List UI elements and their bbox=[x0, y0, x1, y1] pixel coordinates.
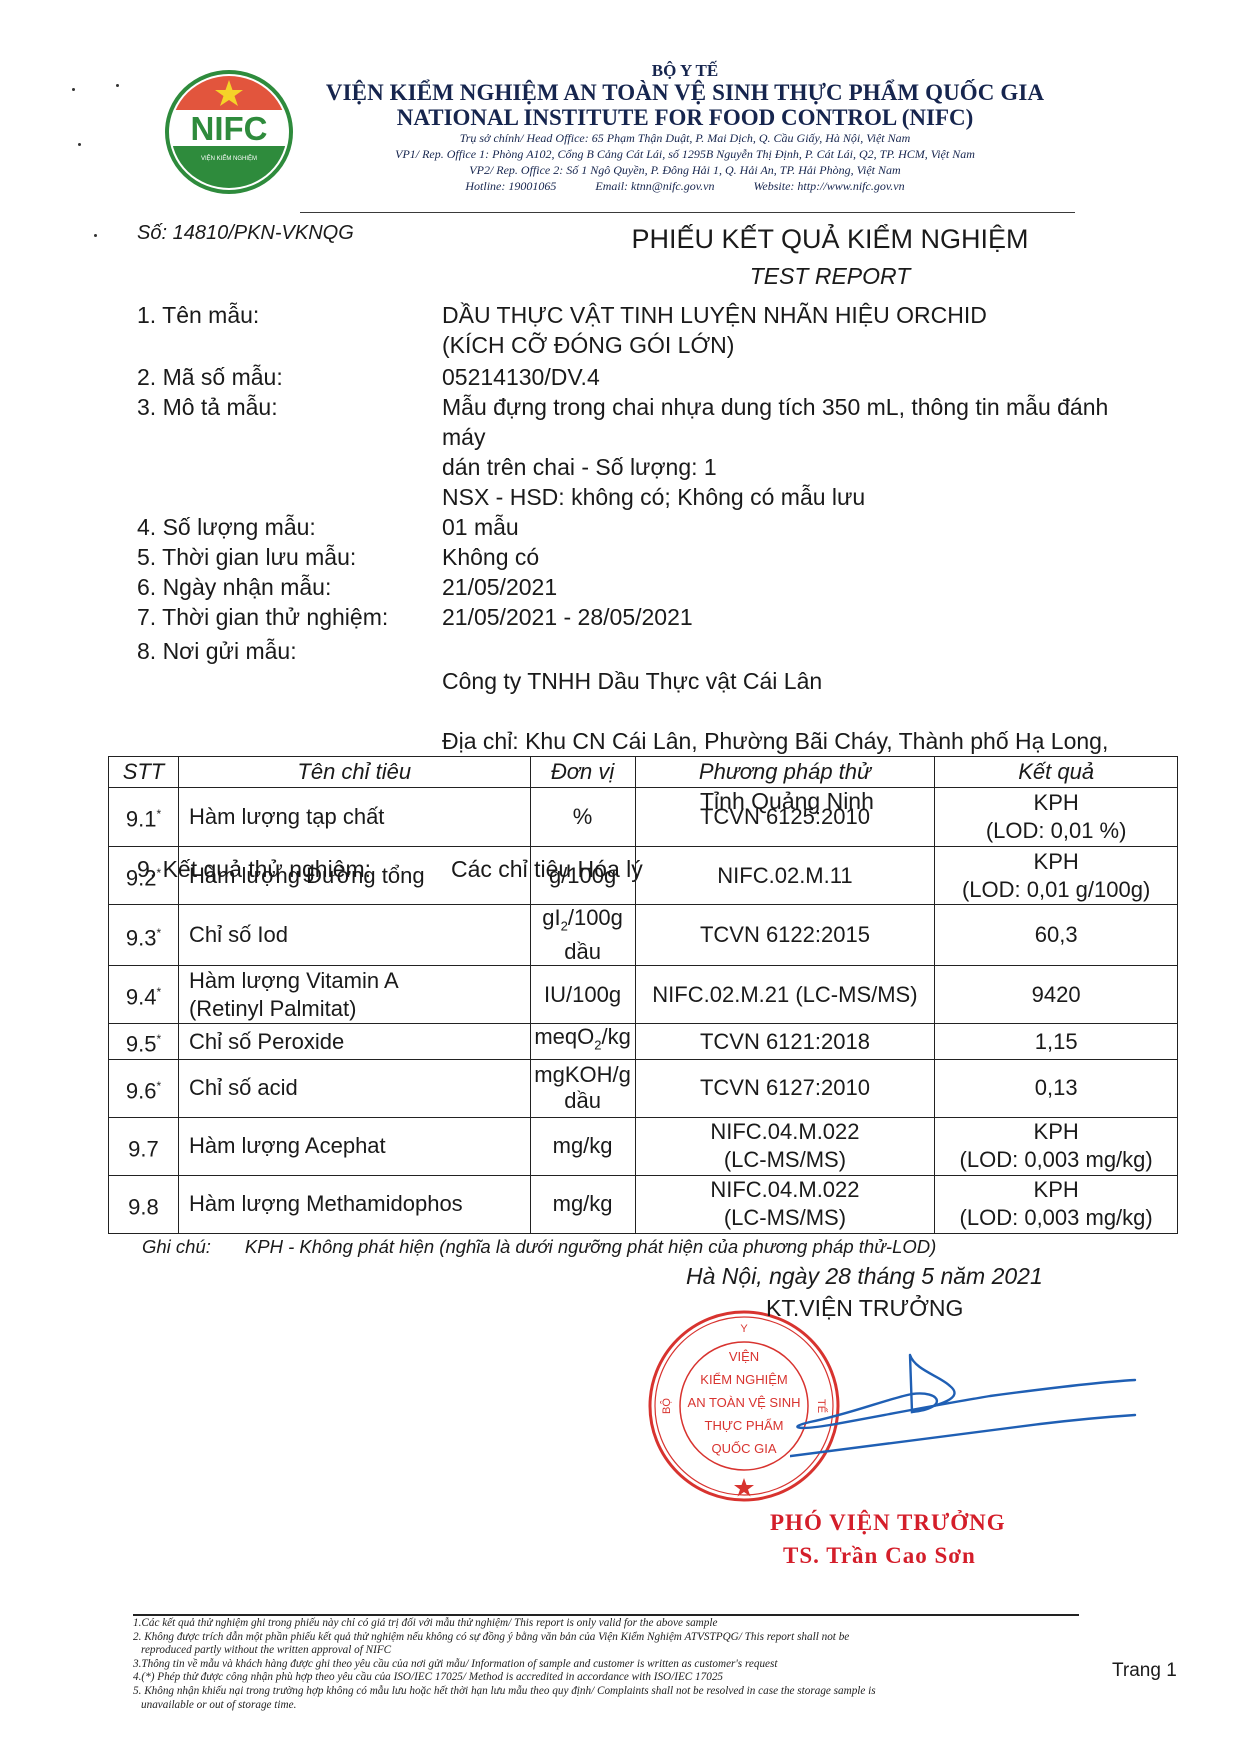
info-label: 4. Số lượng mẫu: bbox=[137, 512, 442, 542]
report-title: PHIẾU KẾT QUẢ KIỂM NGHIỆM bbox=[560, 224, 1100, 255]
info-label: 2. Mã số mẫu: bbox=[137, 362, 442, 392]
info-row-sample-code: 2. Mã số mẫu: 05214130/DV.4 bbox=[137, 362, 1137, 392]
col-header-result: Kết quả bbox=[935, 757, 1178, 788]
cell-unit: g/100g bbox=[530, 847, 635, 905]
info-row-sample-desc: 3. Mô tả mẫu: Mẫu đựng trong chai nhựa d… bbox=[137, 392, 1137, 512]
info-label: 3. Mô tả mẫu: bbox=[137, 392, 442, 512]
table-note: Ghi chú:KPH - Không phát hiện (nghĩa là … bbox=[142, 1236, 936, 1258]
footnote: 5. Không nhận khiếu nại trong trường hợp… bbox=[133, 1685, 1083, 1699]
nifc-logo: NIFC VIỆN KIỂM NGHIỆM bbox=[163, 66, 295, 198]
website: Website: http://www.nifc.gov.vn bbox=[754, 179, 905, 193]
cell-method: TCVN 6121:2018 bbox=[635, 1024, 935, 1059]
cell-result: KPH(LOD: 0,003 mg/kg) bbox=[935, 1175, 1178, 1233]
table-row: 9.3* Chỉ số Iod gI2/100gdầu TCVN 6122:20… bbox=[109, 905, 1178, 966]
table-row: 9.7 Hàm lượng Acephat mg/kg NIFC.04.M.02… bbox=[109, 1117, 1178, 1175]
scan-speck bbox=[72, 88, 75, 91]
results-table: STT Tên chỉ tiêu Đơn vị Phương pháp thử … bbox=[108, 756, 1178, 1234]
table-row: 9.8 Hàm lượng Methamidophos mg/kg NIFC.0… bbox=[109, 1175, 1178, 1233]
info-value: 05214130/DV.4 bbox=[442, 362, 1137, 392]
cell-result: 60,3 bbox=[935, 905, 1178, 966]
table-row: 9.1* Hàm lượng tạp chất % TCVN 6125:2010… bbox=[109, 788, 1178, 847]
ministry-name: BỘ Y TẾ bbox=[300, 62, 1070, 80]
info-row-sample-qty: 4. Số lượng mẫu: 01 mẫu bbox=[137, 512, 1137, 542]
cell-unit: mg/kg bbox=[530, 1117, 635, 1175]
on-behalf-of: KT.VIỆN TRƯỞNG bbox=[766, 1295, 963, 1322]
cell-result: KPH(LOD: 0,01 g/100g) bbox=[935, 847, 1178, 905]
signatory-role: PHÓ VIỆN TRƯỞNG bbox=[770, 1510, 1006, 1536]
cell-stt: 9.5* bbox=[109, 1024, 179, 1059]
sender-address: Địa chỉ: Khu CN Cái Lân, Phường Bãi Cháy… bbox=[442, 726, 1137, 756]
cell-name: Chỉ số acid bbox=[178, 1059, 530, 1117]
page-number: Trang 1 bbox=[1112, 1660, 1177, 1682]
col-header-unit: Đơn vị bbox=[530, 757, 635, 788]
svg-text:QUỐC GIA: QUỐC GIA bbox=[711, 1441, 776, 1456]
col-header-method: Phương pháp thử bbox=[635, 757, 935, 788]
report-number: Số: 14810/PKN-VKNQG bbox=[137, 222, 354, 245]
scan-speck bbox=[116, 84, 119, 87]
office-2-address: VP2/ Rep. Office 2: Số 1 Ngô Quyền, P. Đ… bbox=[300, 162, 1070, 178]
contact-line: Hotline: 19001065 Email: ktnn@nifc.gov.v… bbox=[300, 178, 1070, 194]
scan-speck bbox=[78, 143, 81, 146]
cell-method: NIFC.02.M.11 bbox=[635, 847, 935, 905]
col-header-name: Tên chỉ tiêu bbox=[178, 757, 530, 788]
svg-text:NIFC: NIFC bbox=[191, 110, 268, 147]
svg-text:KIỂM NGHIỆM: KIỂM NGHIỆM bbox=[700, 1372, 787, 1387]
cell-stt: 9.6* bbox=[109, 1059, 179, 1117]
sender-company: Công ty TNHH Dầu Thực vật Cái Lân bbox=[442, 666, 1137, 696]
cell-result: 0,13 bbox=[935, 1059, 1178, 1117]
cell-name: Hàm lượng Đường tổng bbox=[178, 847, 530, 905]
cell-stt: 9.1* bbox=[109, 788, 179, 847]
cell-result: KPH(LOD: 0,003 mg/kg) bbox=[935, 1117, 1178, 1175]
info-row-test-period: 7. Thời gian thử nghiệm: 21/05/2021 - 28… bbox=[137, 602, 1137, 632]
table-header-row: STT Tên chỉ tiêu Đơn vị Phương pháp thử … bbox=[109, 757, 1178, 788]
cell-unit: gI2/100gdầu bbox=[530, 905, 635, 966]
cell-name: Chỉ số Iod bbox=[178, 905, 530, 966]
table-row: 9.5* Chỉ số Peroxide meqO2/kg TCVN 6121:… bbox=[109, 1024, 1178, 1059]
institute-name-en: NATIONAL INSTITUTE FOR FOOD CONTROL (NIF… bbox=[300, 105, 1070, 130]
footnote: 4.(*) Phép thử được công nhận phù hợp th… bbox=[133, 1671, 1083, 1685]
info-value: 21/05/2021 - 28/05/2021 bbox=[442, 602, 1137, 632]
info-label: 6. Ngày nhận mẫu: bbox=[137, 572, 442, 602]
cell-result: 1,15 bbox=[935, 1024, 1178, 1059]
info-label: 1. Tên mẫu: bbox=[137, 300, 442, 360]
svg-text:THỰC PHẨM: THỰC PHẨM bbox=[705, 1418, 784, 1433]
note-label: Ghi chú: bbox=[142, 1236, 211, 1257]
email: Email: ktnn@nifc.gov.vn bbox=[595, 179, 714, 193]
cell-name: Hàm lượng Vitamin A(Retinyl Palmitat) bbox=[178, 966, 530, 1024]
cell-method: TCVN 6127:2010 bbox=[635, 1059, 935, 1117]
info-value: Không có bbox=[442, 542, 1137, 572]
scan-speck bbox=[94, 234, 97, 237]
table-row: 9.2* Hàm lượng Đường tổng g/100g NIFC.02… bbox=[109, 847, 1178, 905]
note-text: KPH - Không phát hiện (nghĩa là dưới ngư… bbox=[245, 1236, 936, 1257]
cell-result: 9420 bbox=[935, 966, 1178, 1024]
info-value: DẦU THỰC VẬT TINH LUYỆN NHÃN HIỆU ORCHID… bbox=[442, 300, 1137, 360]
info-value: 21/05/2021 bbox=[442, 572, 1137, 602]
cell-method: NIFC.04.M.022(LC-MS/MS) bbox=[635, 1175, 935, 1233]
footnote: 1.Các kết quả thử nghiệm ghi trong phiếu… bbox=[133, 1617, 1083, 1631]
info-label: 7. Thời gian thử nghiệm: bbox=[137, 602, 442, 632]
cell-result: KPH(LOD: 0,01 %) bbox=[935, 788, 1178, 847]
cell-unit: mg/kg bbox=[530, 1175, 635, 1233]
cell-stt: 9.8 bbox=[109, 1175, 179, 1233]
cell-method: NIFC.04.M.022(LC-MS/MS) bbox=[635, 1117, 935, 1175]
cell-method: TCVN 6125:2010 bbox=[635, 788, 935, 847]
cell-unit: % bbox=[530, 788, 635, 847]
svg-text:BỘ: BỘ bbox=[660, 1398, 673, 1414]
info-row-storage-time: 5. Thời gian lưu mẫu: Không có bbox=[137, 542, 1137, 572]
head-office-address: Trụ sở chính/ Head Office: 65 Phạm Thận … bbox=[300, 130, 1070, 146]
svg-text:VIỆN KIỂM NGHIỆM: VIỆN KIỂM NGHIỆM bbox=[201, 154, 257, 162]
cell-stt: 9.7 bbox=[109, 1117, 179, 1175]
svg-text:AN TOÀN VỆ SINH: AN TOÀN VỆ SINH bbox=[688, 1395, 801, 1410]
signatory-name: TS. Trần Cao Sơn bbox=[783, 1543, 976, 1569]
cell-method: NIFC.02.M.21 (LC-MS/MS) bbox=[635, 966, 935, 1024]
footnote-divider bbox=[133, 1614, 1079, 1616]
footnote: 3.Thông tin về mẫu và khách hàng được gh… bbox=[133, 1658, 1083, 1672]
report-subtitle: TEST REPORT bbox=[560, 263, 1100, 290]
footnotes: 1.Các kết quả thử nghiệm ghi trong phiếu… bbox=[133, 1617, 1083, 1712]
info-row-received-date: 6. Ngày nhận mẫu: 21/05/2021 bbox=[137, 572, 1137, 602]
cell-name: Hàm lượng tạp chất bbox=[178, 788, 530, 847]
table-row: 9.6* Chỉ số acid mgKOH/gdầu TCVN 6127:20… bbox=[109, 1059, 1178, 1117]
info-row-sample-name: 1. Tên mẫu: DẦU THỰC VẬT TINH LUYỆN NHÃN… bbox=[137, 300, 1137, 360]
place-date: Hà Nội, ngày 28 tháng 5 năm 2021 bbox=[686, 1263, 1043, 1290]
cell-name: Hàm lượng Acephat bbox=[178, 1117, 530, 1175]
cell-name: Hàm lượng Methamidophos bbox=[178, 1175, 530, 1233]
hotline: Hotline: 19001065 bbox=[465, 179, 556, 193]
info-value: 01 mẫu bbox=[442, 512, 1137, 542]
cell-stt: 9.3* bbox=[109, 905, 179, 966]
info-value: Mẫu đựng trong chai nhựa dung tích 350 m… bbox=[442, 392, 1132, 512]
footnote: reproduced partly without the written ap… bbox=[133, 1644, 1083, 1658]
svg-text:Y: Y bbox=[740, 1323, 748, 1335]
institute-name-vn: VIỆN KIỂM NGHIỆM AN TOÀN VỆ SINH THỰC PH… bbox=[300, 80, 1070, 105]
footnote: unavailable or out of storage time. bbox=[133, 1699, 1083, 1713]
cell-name: Chỉ số Peroxide bbox=[178, 1024, 530, 1059]
cell-stt: 9.2* bbox=[109, 847, 179, 905]
handwritten-signature bbox=[790, 1350, 1150, 1480]
info-label: 5. Thời gian lưu mẫu: bbox=[137, 542, 442, 572]
footnote: 2. Không được trích dẫn một phần phiếu k… bbox=[133, 1631, 1083, 1645]
cell-unit: meqO2/kg bbox=[530, 1024, 635, 1059]
cell-stt: 9.4* bbox=[109, 966, 179, 1024]
col-header-stt: STT bbox=[109, 757, 179, 788]
cell-unit: IU/100g bbox=[530, 966, 635, 1024]
svg-text:VIỆN: VIỆN bbox=[729, 1349, 759, 1364]
office-1-address: VP1/ Rep. Office 1: Phòng A102, Cổng B C… bbox=[300, 146, 1070, 162]
letterhead: BỘ Y TẾ VIỆN KIỂM NGHIỆM AN TOÀN VỆ SINH… bbox=[300, 62, 1070, 194]
table-row: 9.4* Hàm lượng Vitamin A(Retinyl Palmita… bbox=[109, 966, 1178, 1024]
cell-method: TCVN 6122:2015 bbox=[635, 905, 935, 966]
header-divider bbox=[300, 212, 1075, 213]
cell-unit: mgKOH/gdầu bbox=[530, 1059, 635, 1117]
